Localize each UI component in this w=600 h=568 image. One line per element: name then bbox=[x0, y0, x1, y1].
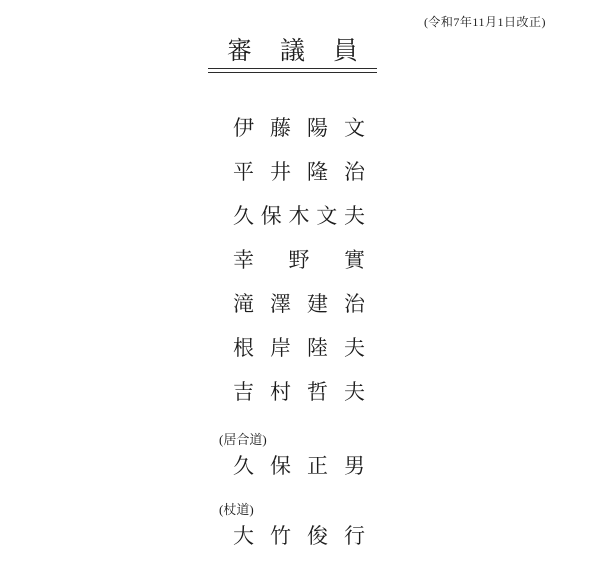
member-name-char: 村 bbox=[270, 376, 291, 406]
member-name-char: 哲 bbox=[307, 376, 328, 406]
member-name-char: 吉 bbox=[233, 376, 254, 406]
member-name: 根岸陸夫 bbox=[233, 325, 365, 369]
title-block: 審議員 bbox=[208, 39, 377, 73]
page-title-char: 議 bbox=[280, 39, 305, 64]
member-name-char: 夫 bbox=[344, 200, 365, 230]
member-name-char: 木 bbox=[289, 200, 310, 230]
page-title: 審議員 bbox=[208, 39, 377, 64]
member-name-char: 井 bbox=[270, 156, 291, 186]
member-name: 幸野實 bbox=[233, 237, 365, 281]
member-name-char: 建 bbox=[307, 288, 328, 318]
member-name-char: 治 bbox=[344, 156, 365, 186]
member-name-char: 實 bbox=[344, 244, 365, 274]
member-name-char: 夫 bbox=[344, 376, 365, 406]
page-title-char: 審 bbox=[227, 39, 252, 64]
member-name-char: 俊 bbox=[307, 520, 328, 550]
member-list: 伊藤陽文平井隆治久保木文夫幸野實滝澤建治根岸陸夫吉村哲夫(居合道)久保正男(杖道… bbox=[233, 105, 365, 553]
member-name-char: 幸 bbox=[233, 244, 254, 274]
member-name-char: 保 bbox=[270, 450, 291, 480]
member-name-char: 文 bbox=[316, 200, 337, 230]
member-name-char: 野 bbox=[289, 244, 310, 274]
page-title-char: 員 bbox=[333, 39, 358, 64]
title-double-underline bbox=[208, 68, 377, 73]
revision-date-note: (令和7年11月1日改正) bbox=[424, 13, 546, 30]
member-name: 滝澤建治 bbox=[233, 281, 365, 325]
member-name-char: 夫 bbox=[344, 332, 365, 362]
member-name-char: 行 bbox=[344, 520, 365, 550]
member-name-char: 滝 bbox=[233, 288, 254, 318]
group-label: (居合道) bbox=[219, 433, 365, 447]
member-name-char: 竹 bbox=[270, 520, 291, 550]
member-name-char: 岸 bbox=[270, 332, 291, 362]
member-name-char: 久 bbox=[233, 200, 254, 230]
member-name-char: 保 bbox=[261, 200, 282, 230]
member-name: 久保木文夫 bbox=[233, 193, 365, 237]
member-name-char: 正 bbox=[307, 450, 328, 480]
member-name: 大竹俊行 bbox=[233, 517, 365, 553]
member-name-char: 文 bbox=[344, 112, 365, 142]
member-name: 久保正男 bbox=[233, 447, 365, 483]
group-label: (杖道) bbox=[219, 503, 365, 517]
member-name: 吉村哲夫 bbox=[233, 369, 365, 413]
member-name-char: 澤 bbox=[270, 288, 291, 318]
member-name-char: 藤 bbox=[270, 112, 291, 142]
member-name-char: 伊 bbox=[233, 112, 254, 142]
member-name-char: 平 bbox=[233, 156, 254, 186]
member-name-char: 隆 bbox=[307, 156, 328, 186]
member-name-char: 大 bbox=[233, 520, 254, 550]
member-name-char: 男 bbox=[344, 450, 365, 480]
member-name-char: 根 bbox=[233, 332, 254, 362]
member-name: 伊藤陽文 bbox=[233, 105, 365, 149]
member-name-char: 治 bbox=[344, 288, 365, 318]
member-name-char: 久 bbox=[233, 450, 254, 480]
document-page: (令和7年11月1日改正) 審議員 伊藤陽文平井隆治久保木文夫幸野實滝澤建治根岸… bbox=[0, 0, 600, 568]
member-name-char: 陸 bbox=[307, 332, 328, 362]
member-name: 平井隆治 bbox=[233, 149, 365, 193]
member-name-char: 陽 bbox=[307, 112, 328, 142]
